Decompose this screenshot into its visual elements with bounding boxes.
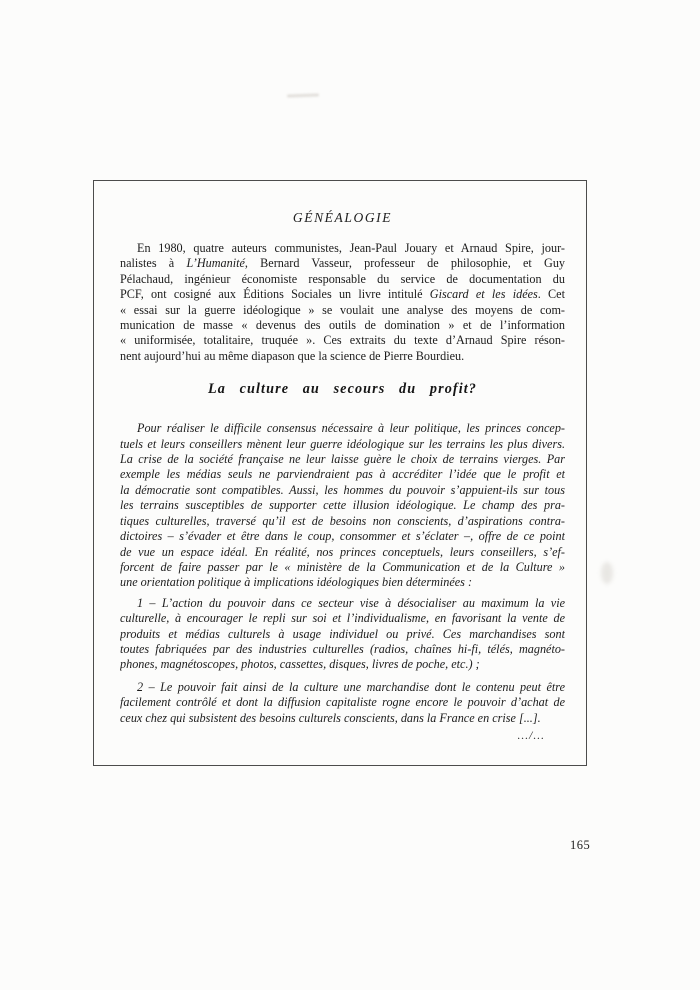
- quote-paragraph-2: 1 – L’action du pouvoir dans ce secteur …: [120, 596, 565, 673]
- text-line: culturelle, à encourager le repli sur so…: [120, 611, 565, 626]
- text-line: La crise de la société française ne leur…: [120, 452, 565, 467]
- text-line: tuels et leurs conseillers mènent leur g…: [120, 437, 565, 452]
- text-line: Pélachaud, ingénieur économiste responsa…: [120, 272, 565, 287]
- text-line: Pour réaliser le difficile consensus néc…: [120, 421, 565, 436]
- text-line: exemple les médias seuls ne parviendraie…: [120, 467, 565, 482]
- text-line: En 1980, quatre auteurs communistes, Jea…: [120, 241, 565, 256]
- text-line: munication de masse « devenus des outils…: [120, 318, 565, 333]
- scan-artifact-right: [601, 562, 613, 584]
- continuation-mark: .../...: [120, 730, 565, 742]
- quote-paragraph-1: Pour réaliser le difficile consensus néc…: [120, 421, 565, 590]
- text-line: 2 – Le pouvoir fait ainsi de la culture …: [120, 680, 565, 695]
- text-line: forcent de faire passer par le « ministè…: [120, 560, 565, 575]
- text-line: PCF, ont cosigné aux Éditions Sociales u…: [120, 287, 565, 302]
- excerpt-frame: GÉNÉALOGIE En 1980, quatre auteurs commu…: [93, 180, 587, 766]
- text-line: produits et médias culturels à usage ind…: [120, 627, 565, 642]
- text-line: dictoires – s’évader et être dans le cou…: [120, 529, 565, 544]
- page-number: 165: [570, 838, 590, 853]
- text-line: de vue un espace idéal. En réalité, nos …: [120, 545, 565, 560]
- text-line: toutes fabriquées par des industries cul…: [120, 642, 565, 657]
- quote-paragraph-3: 2 – Le pouvoir fait ainsi de la culture …: [120, 680, 565, 726]
- text-line: nalistes à L’Humanité, Bernard Vasseur, …: [120, 256, 565, 271]
- text-line: ceux chez qui subsistent des besoins cul…: [120, 711, 565, 726]
- chapter-heading: GÉNÉALOGIE: [120, 210, 565, 226]
- section-title: La culture au secours du profit?: [120, 381, 565, 398]
- text-line: les terrains susceptibles de supporter c…: [120, 498, 565, 513]
- text-line: 1 – L’action du pouvoir dans ce secteur …: [120, 596, 565, 611]
- text-line: « essai sur la guerre idéologique » se v…: [120, 303, 565, 318]
- text-line: la démocratie sont compatibles. Aussi, l…: [120, 483, 565, 498]
- text-line: nent aujourd’hui au même diapason que la…: [120, 349, 565, 364]
- text-line: tiques culturelles, traversé qu’il est d…: [120, 514, 565, 529]
- scanned-book-page: GÉNÉALOGIE En 1980, quatre auteurs commu…: [0, 0, 700, 990]
- text-line: phones, magnétoscopes, photos, cassettes…: [120, 657, 565, 672]
- text-line: « uniformisée, totalitaire, truquée ». C…: [120, 333, 565, 348]
- scan-artifact-top: [287, 93, 319, 97]
- intro-paragraph: En 1980, quatre auteurs communistes, Jea…: [120, 241, 565, 364]
- text-line: facilement contrôlé et dont la diffusion…: [120, 695, 565, 710]
- text-line: une orientation politique à implications…: [120, 575, 565, 590]
